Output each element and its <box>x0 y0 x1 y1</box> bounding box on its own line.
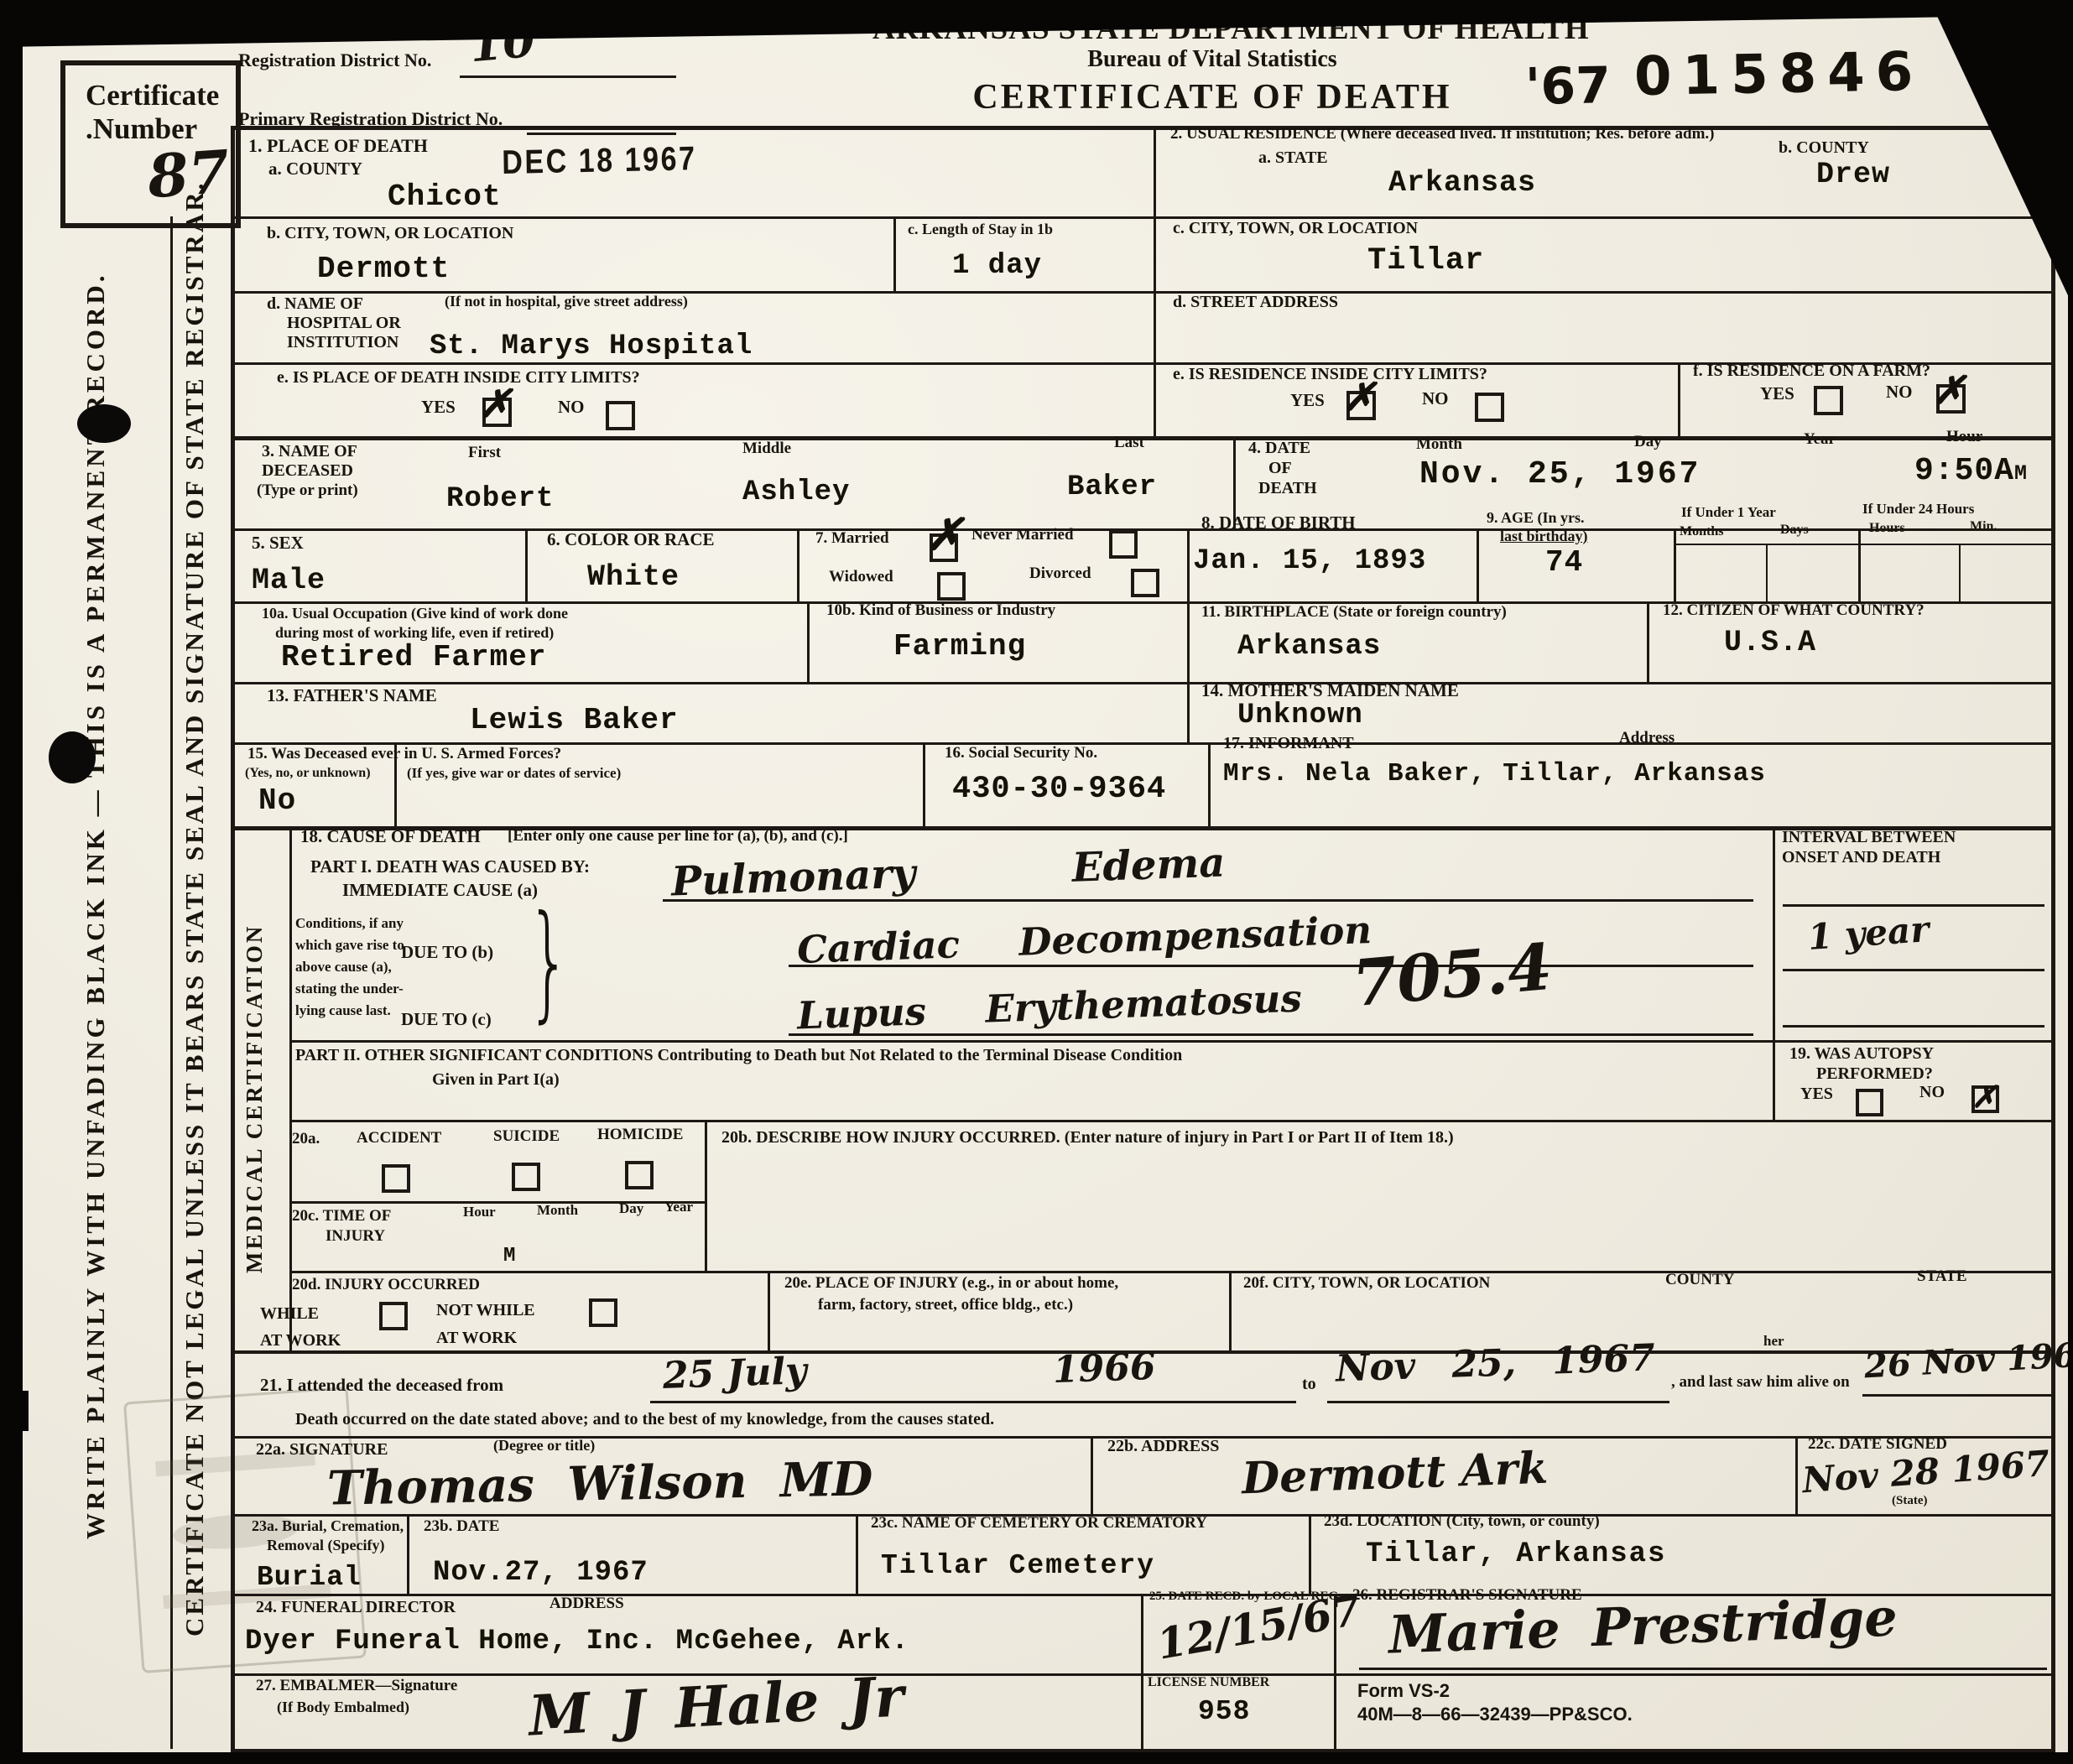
received-date-stamp: DEC 18 1967 <box>502 140 697 182</box>
field-3-label-1: 3. NAME OF <box>262 443 357 461</box>
middle-name-value: Ashley <box>742 476 850 508</box>
field-1c-stay-value: 1 day <box>952 250 1042 282</box>
hours-header: Hours <box>1869 522 1905 536</box>
mother-name-value: Unknown <box>1237 700 1363 731</box>
field-21-line2: Death occurred on the date stated above;… <box>295 1411 994 1428</box>
injury-month-header: Month <box>537 1203 578 1218</box>
attended-from-year-value: 1966 <box>1052 1345 1156 1392</box>
interval-b-value: 1 year <box>1806 908 1930 958</box>
field-2b-label: b. COUNTY <box>1779 139 1869 157</box>
check-mark: ✗ <box>1971 1082 1997 1112</box>
date-of-birth-value: Jan. 15, 1893 <box>1193 545 1426 577</box>
occupation-value: Retired Farmer <box>281 640 546 674</box>
grid-line <box>1773 826 1775 1122</box>
field-3-label-2: DECEASED <box>262 462 353 480</box>
grid-line <box>231 682 2054 684</box>
certificate-number-label-1: Certificate <box>86 81 219 112</box>
field-1e-label: e. IS PLACE OF DEATH INSIDE CITY LIMITS? <box>277 369 640 387</box>
field-9-label-2: last birthday) <box>1500 528 1588 544</box>
under-1-year-header: If Under 1 Year <box>1681 505 1776 520</box>
interval-b-line <box>1783 969 2044 971</box>
field-18-bracket-note: [Enter only one cause per line for (a), … <box>508 828 848 845</box>
grid-line <box>1959 544 1961 604</box>
field-21-lead: 21. I attended the deceased from <box>260 1376 503 1394</box>
interval-a-line <box>1783 904 2044 907</box>
cause-a-value: Pulmonary Edema <box>670 839 1226 905</box>
grid-line <box>768 1271 770 1353</box>
interval-header-1: INTERVAL BETWEEN <box>1782 829 1956 846</box>
field-20f-label: 20f. CITY, TOWN, OR LOCATION <box>1243 1275 1490 1292</box>
grid-line <box>797 528 800 604</box>
grid-line <box>1674 544 2051 545</box>
hour-of-death-value: 9:50AM <box>1914 453 2028 489</box>
day-header: Day <box>1634 434 1662 450</box>
divorced-checkbox <box>1131 569 1159 597</box>
at-work-label-2: AT WORK <box>436 1330 517 1347</box>
father-name-value: Lewis Baker <box>470 703 679 737</box>
field-19-label-2: PERFORMED? <box>1816 1065 1933 1083</box>
conditions-note-1: Conditions, if any <box>295 916 404 931</box>
suicide-header: SUICIDE <box>493 1128 560 1145</box>
file-year: '67 <box>1524 56 1611 117</box>
grid-line <box>1141 1594 1143 1751</box>
field-15-note-2: (If yes, give war or dates of service) <box>407 766 621 781</box>
grid-line <box>289 1120 2051 1122</box>
grid-line <box>1795 1436 1798 1517</box>
field-1d-note: (If not in hospital, give street address… <box>445 294 688 310</box>
state-note: (State) <box>1892 1495 1927 1508</box>
her-annotation: her <box>1763 1334 1784 1349</box>
min-header: Min. <box>1970 520 1997 534</box>
months-header: Months <box>1680 525 1723 539</box>
field-7-married-label: 7. Married <box>815 530 889 547</box>
grid-line <box>705 1120 707 1273</box>
grid-line <box>1229 1271 1232 1353</box>
license-number-label: LICENSE NUMBER <box>1148 1676 1269 1690</box>
field-23b-label: 23b. DATE <box>424 1518 499 1535</box>
funeral-address-header: ADDRESS <box>550 1595 624 1612</box>
field-2e-yes-label: YES <box>1290 391 1325 409</box>
homicide-header: HOMICIDE <box>597 1127 683 1143</box>
field-1e-no-checkbox <box>606 401 635 430</box>
grid-line <box>289 826 292 1353</box>
degree-or-title-label: (Degree or title) <box>493 1438 595 1454</box>
accident-checkbox <box>382 1164 410 1193</box>
field-13-label: 13. FATHER'S NAME <box>267 686 437 705</box>
field-10b-label: 10b. Kind of Business or Industry <box>826 602 1055 619</box>
field-1e-yes-checkbox: ✗ <box>482 398 512 427</box>
grid-line <box>856 1514 858 1596</box>
field-4-label-2: OF <box>1268 460 1292 477</box>
rule <box>460 75 676 78</box>
conditions-note-5: lying cause last. <box>295 1003 391 1018</box>
year-header: Year <box>1804 431 1836 448</box>
due-to-b-label: DUE TO (b) <box>401 943 493 961</box>
field-2e-label: e. IS RESIDENCE INSIDE CITY LIMITS? <box>1173 366 1487 383</box>
grid-line <box>289 1040 2051 1043</box>
embalmer-signature: M J Hale Jr <box>527 1663 905 1748</box>
cause-c-value: Lupus Erythematosus <box>796 976 1302 1038</box>
brace-glyph: } <box>527 899 570 1025</box>
age-value: 74 <box>1545 545 1583 580</box>
married-checkbox: ✗ <box>930 533 958 562</box>
interval-c-line <box>1783 1025 2044 1028</box>
field-2b-county-value: Drew <box>1816 158 1890 191</box>
field-27-label-1: 27. EMBALMER—Signature <box>256 1678 457 1694</box>
interval-header-2: ONSET AND DEATH <box>1782 849 1940 866</box>
ssn-value: 430-30-9364 <box>952 772 1166 807</box>
part1-label: PART I. DEATH WAS CAUSED BY: <box>310 857 590 876</box>
autopsy-no-checkbox: ✗ <box>1971 1085 1999 1113</box>
conditions-note-2: which gave rise to <box>295 938 404 953</box>
cemetery-value: Tillar Cemetery <box>881 1550 1155 1581</box>
injury-county-header: COUNTY <box>1665 1272 1734 1288</box>
field-23a-label-2: Removal (Specify) <box>267 1538 384 1553</box>
license-number-value: 958 <box>1198 1696 1250 1727</box>
field-1d-label-1: d. NAME OF <box>267 295 363 313</box>
hole-punch <box>77 404 131 443</box>
medical-certification-label: MEDICAL CERTIFICATION <box>242 864 279 1334</box>
burial-date-value: Nov.27, 1967 <box>433 1557 648 1589</box>
injury-year-header: Year <box>664 1199 693 1215</box>
grid-line <box>1309 1514 1311 1596</box>
conditions-note-3: above cause (a), <box>295 960 392 975</box>
line21-rule-3 <box>1862 1394 2051 1397</box>
field-1e-no-label: NO <box>558 398 585 416</box>
field-1-label: 1. PLACE OF DEATH <box>248 136 428 155</box>
field-2a-state-value: Arkansas <box>1388 166 1536 200</box>
last-seen-value: 26 Nov 1967 <box>1863 1335 2073 1387</box>
field-20a-label: 20a. <box>292 1131 320 1147</box>
field-16-label: 16. Social Security No. <box>945 745 1097 762</box>
check-mark: ✗ <box>479 384 512 423</box>
field-2c-label: c. CITY, TOWN, OR LOCATION <box>1173 220 1418 237</box>
part2-label-2: Given in Part I(a) <box>432 1071 560 1089</box>
field-20d-label: 20d. INJURY OCCURRED <box>292 1277 480 1293</box>
middle-name-header: Middle <box>742 440 791 457</box>
grid-line <box>407 1514 409 1596</box>
grid-line <box>2051 126 2055 1753</box>
field-2c-city-value: Tillar <box>1367 243 1484 278</box>
field-23d-label: 23d. LOCATION (City, town, or county) <box>1324 1513 1600 1530</box>
hole-punch <box>49 731 96 783</box>
field-1e-yes-label: YES <box>421 398 456 416</box>
form-number: Form VS-2 <box>1357 1681 1450 1700</box>
field-7-never-label: Never Married <box>971 527 1074 544</box>
field-1b-label: b. CITY, TOWN, OR LOCATION <box>267 225 513 242</box>
injury-hour-header: Hour <box>463 1205 496 1220</box>
scan-edge-bottom <box>0 1752 2073 1764</box>
field-4-label-1: 4. DATE <box>1248 440 1310 457</box>
injury-day-header: Day <box>619 1201 643 1216</box>
never-married-checkbox <box>1109 530 1138 559</box>
field-5-label: 5. SEX <box>252 533 304 552</box>
field-7-divorced-label: Divorced <box>1029 565 1091 582</box>
field-4-label-3: DEATH <box>1258 480 1317 497</box>
grid-line <box>1647 601 1649 684</box>
under-24-hours-header: If Under 24 Hours <box>1862 502 1974 517</box>
suicide-checkbox <box>512 1163 540 1191</box>
certificate-number-box: Certificate .Number 87 <box>60 60 241 228</box>
field-1b-city-value: Dermott <box>317 252 450 286</box>
field-2-label: 2. USUAL RESIDENCE (Where deceased lived… <box>1170 126 1714 143</box>
field-1a-label: a. COUNTY <box>268 159 362 178</box>
field-20c-label-1: 20c. TIME OF <box>292 1208 391 1225</box>
check-mark: ✗ <box>926 513 963 557</box>
address-header: Address <box>1619 730 1675 747</box>
field-10a-label-1: 10a. Usual Occupation (Give kind of work… <box>262 606 568 622</box>
citizen-value: U.S.A <box>1724 626 1816 659</box>
last-name-value: Baker <box>1067 471 1157 503</box>
field-1d-label-3: INSTITUTION <box>287 334 398 351</box>
check-mark: ✗ <box>1933 371 1966 409</box>
immediate-cause-label: IMMEDIATE CAUSE (a) <box>342 881 538 899</box>
field-27-label-2: (If Body Embalmed) <box>277 1699 409 1715</box>
autopsy-yes-label: YES <box>1800 1085 1833 1103</box>
cause-code-value: 705.4 <box>1350 929 1555 1021</box>
grid-line <box>231 826 2054 830</box>
field-10a-label-2: during most of working life, even if ret… <box>275 625 554 641</box>
grid-line <box>1187 528 1190 745</box>
not-while-at-work-checkbox <box>589 1298 617 1327</box>
field-20c-label-2: INJURY <box>326 1228 385 1245</box>
form-title: CERTIFICATE OF DEATH <box>872 79 1552 116</box>
rule <box>527 133 676 135</box>
widowed-checkbox <box>937 572 966 601</box>
autopsy-no-label: NO <box>1919 1084 1945 1101</box>
field-20b-label: 20b. DESCRIBE HOW INJURY OCCURRED. (Ente… <box>721 1129 1454 1147</box>
injury-state-header: STATE <box>1917 1268 1967 1285</box>
field-24-label: 24. FUNERAL DIRECTOR <box>256 1599 456 1616</box>
check-mark: ✗ <box>1343 377 1376 416</box>
field-1d-label-2: HOSPITAL OR <box>287 315 401 332</box>
line21-rule-1 <box>650 1401 1296 1403</box>
grid-line <box>1766 544 1768 604</box>
birthplace-value: Arkansas <box>1237 631 1381 663</box>
month-header: Month <box>1416 436 1462 453</box>
field-2e-yes-checkbox: ✗ <box>1346 391 1376 420</box>
field-21-and-last-saw: , and last saw him alive on <box>1671 1374 1850 1391</box>
field-20e-label-1: 20e. PLACE OF INJURY (e.g., in or about … <box>784 1275 1118 1292</box>
due-to-c-label: DUE TO (c) <box>401 1010 492 1028</box>
cemetery-location-value: Tillar, Arkansas <box>1366 1538 1666 1570</box>
physician-signature: Thomas Wilson MD <box>326 1451 872 1516</box>
attended-from-value: 25 July <box>662 1350 807 1397</box>
file-number: 015846 <box>1633 41 1924 108</box>
field-2f-no-checkbox: ✗ <box>1936 384 1966 414</box>
at-work-label-1: AT WORK <box>260 1332 341 1350</box>
field-9-label-1: 9. AGE (In yrs. <box>1487 510 1585 526</box>
field-19-label-1: 19. WAS AUTOPSY <box>1789 1045 1934 1063</box>
scan-edge-nub <box>0 1391 29 1431</box>
registrar-signature-line <box>1359 1668 2047 1670</box>
field-23a-label-1: 23a. Burial, Cremation, <box>252 1518 404 1534</box>
line21-rule-2 <box>1327 1401 1669 1403</box>
while-label: WHILE <box>260 1305 319 1323</box>
grid-line <box>807 601 810 684</box>
field-11-label: 11. BIRTHPLACE (State or foreign country… <box>1201 604 1507 621</box>
informant-value: Mrs. Nela Baker, Tillar, Arkansas <box>1223 759 1766 788</box>
stray-m: M <box>503 1245 516 1267</box>
scan-edge-left <box>0 0 23 1764</box>
armed-forces-value: No <box>258 783 296 818</box>
grid-line <box>1154 126 1156 439</box>
last-name-header: Last <box>1114 434 1144 451</box>
funeral-director-value: Dyer Funeral Home, Inc. McGehee, Ark. <box>245 1626 909 1657</box>
paper: WRITE PLAINLY WITH UNFADING BLACK INK — … <box>0 0 2073 1764</box>
field-3-label-3: (Type or print) <box>257 482 358 499</box>
field-6-label: 6. COLOR OR RACE <box>547 530 715 549</box>
accident-header: ACCIDENT <box>357 1130 441 1147</box>
cause-b-value: Cardiac Decompensation <box>796 908 1372 972</box>
first-name-value: Robert <box>446 483 554 515</box>
field-15-label: 15. Was Deceased ever in U. S. Armed For… <box>247 746 561 762</box>
field-20e-label-2: farm, factory, street, office bldg., etc… <box>818 1297 1073 1314</box>
field-2a-label: a. STATE <box>1258 149 1328 167</box>
sex-value: Male <box>252 564 326 597</box>
grid-line <box>289 1271 2051 1273</box>
homicide-checkbox <box>625 1161 654 1189</box>
cause-c-line <box>789 1033 1753 1036</box>
hour-header: Hour <box>1946 429 1982 445</box>
attended-to-value: Nov 25, 1967 <box>1335 1336 1655 1390</box>
conditions-note-4: stating the under- <box>295 981 404 996</box>
date-of-death-value: Nov. 25, 1967 <box>1419 456 1701 492</box>
field-14-label: 14. MOTHER'S MAIDEN NAME <box>1201 681 1459 700</box>
field-1c-label: c. Length of Stay in 1b <box>908 221 1053 237</box>
field-2f-yes-checkbox <box>1814 386 1843 415</box>
race-value: White <box>587 560 680 594</box>
field-17-label: 17. INFORMANT <box>1223 735 1354 752</box>
hour-suffix: M <box>2014 461 2028 486</box>
grid-line <box>1208 742 1211 829</box>
physician-address-value: Dermott Ark <box>1241 1443 1549 1505</box>
hour-value: 9:50A <box>1914 453 2014 489</box>
while-at-work-checkbox <box>379 1302 408 1330</box>
field-2f-yes-label: YES <box>1760 384 1794 403</box>
autopsy-yes-checkbox <box>1856 1089 1883 1116</box>
bureau-subtitle: Bureau of Vital Statistics <box>872 47 1552 71</box>
grid-line <box>231 126 235 1753</box>
certificate-number-value: 87 <box>145 137 232 212</box>
field-22b-label: 22b. ADDRESS <box>1107 1438 1219 1455</box>
first-name-header: First <box>468 445 501 461</box>
grid-line <box>1477 528 1479 604</box>
scanned-death-certificate: WRITE PLAINLY WITH UNFADING BLACK INK — … <box>0 0 2073 1764</box>
field-2f-no-label: NO <box>1886 382 1913 401</box>
grid-line <box>525 528 528 604</box>
days-header: Days <box>1780 523 1809 538</box>
grid-line <box>1091 1436 1093 1517</box>
grid-line <box>923 742 925 829</box>
field-22a-label: 22a. SIGNATURE <box>256 1441 388 1459</box>
field-23c-label: 23c. NAME OF CEMETERY OR CREMATORY <box>871 1515 1207 1532</box>
grid-line <box>231 216 2054 219</box>
print-code: 40M—8—66—32439—PP&SCO. <box>1357 1704 1633 1724</box>
field-18-label: 18. CAUSE OF DEATH <box>300 827 481 846</box>
grid-line <box>231 126 2054 130</box>
grid-line <box>1858 528 1861 604</box>
registration-district-label: Registration District No. <box>238 50 431 70</box>
business-value: Farming <box>893 629 1026 663</box>
part2-label: PART II. OTHER SIGNIFICANT CONDITIONS Co… <box>295 1047 1182 1064</box>
field-1a-county-value: Chicot <box>388 180 502 214</box>
grid-line <box>893 216 896 294</box>
grid-line <box>1674 528 1676 604</box>
field-2f-label: f. IS RESIDENCE ON A FARM? <box>1693 362 1930 380</box>
field-1d-hospital-value: St. Marys Hospital <box>430 330 753 362</box>
field-2d-label: d. STREET ADDRESS <box>1173 294 1338 311</box>
field-7-widowed-label: Widowed <box>829 569 893 585</box>
grid-line <box>1678 362 1680 439</box>
field-2e-no-label: NO <box>1422 389 1449 408</box>
field-12-label: 12. CITIZEN OF WHAT COUNTRY? <box>1663 602 1925 619</box>
field-8-label: 8. DATE OF BIRTH <box>1201 513 1356 532</box>
field-15-note-1: (Yes, no, or unknown) <box>245 767 371 781</box>
field-21-to: to <box>1302 1376 1316 1393</box>
not-while-label: NOT WHILE <box>436 1302 535 1319</box>
field-2e-no-checkbox <box>1475 393 1504 422</box>
burial-value: Burial <box>257 1562 362 1593</box>
